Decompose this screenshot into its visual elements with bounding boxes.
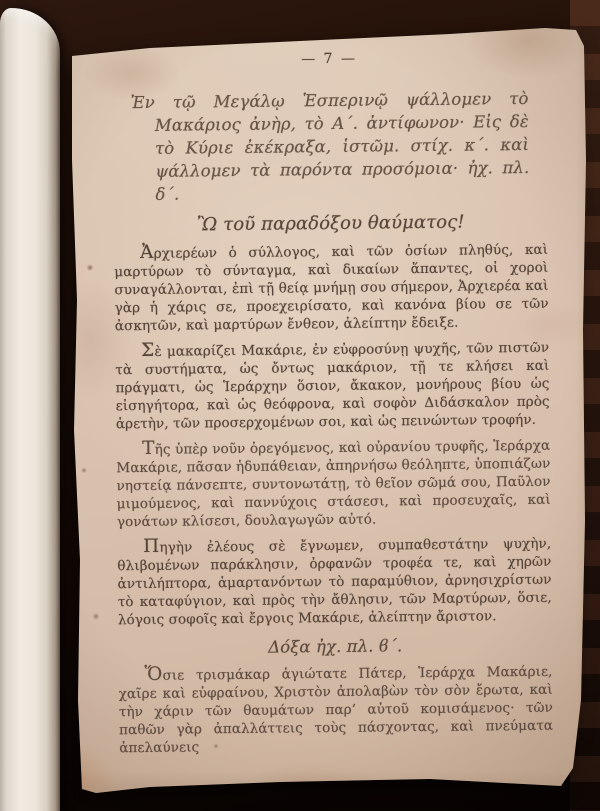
book-page: — 7 — Ἐν τῷ Μεγάλῳ Ἑσπερινῷ ψάλλομεν τὸ … — [0, 0, 600, 811]
doxastikon-paragraph: Ὅσιε τρισμάκαρ ἁγιώτατε Πάτερ, Ἱεράρχα Μ… — [118, 662, 553, 758]
sticheron-paragraph-3: Τῆς ὑπὲρ νοῦν ὀρεγόμενος, καὶ οὐρανίου τ… — [116, 436, 551, 532]
rubric-text: Ἐν τῷ Μεγάλῳ Ἑσπερινῷ ψάλλομεν τὸ Μακάρι… — [130, 87, 529, 206]
book-photo: — 7 — Ἐν τῷ Μεγάλῳ Ἑσπερινῷ ψάλλομεν τὸ … — [0, 0, 600, 811]
page-number: — 7 — — [112, 48, 546, 71]
doxa-mode-line: Δόξα ἠχ. πλ. ϐ΄. — [118, 634, 552, 660]
hymn-heading: Ὢ τοῦ παραδόξου θαύματος! — [114, 211, 548, 238]
sticheron-paragraph-1: Ἀρχιερέων ὁ σύλλογος, καὶ τῶν ὁσίων πληθ… — [114, 240, 549, 336]
sticheron-paragraph-4: Πηγὴν ἐλέους σὲ ἔγνωμεν, συμπαθεστάτην ψ… — [117, 534, 552, 630]
page-text-column: — 7 — Ἐν τῷ Μεγάλῳ Ἑσπερινῷ ψάλλομεν τὸ … — [112, 48, 553, 758]
sticheron-paragraph-2: Σὲ μακαρίζει Μακάριε, ἐν εὐφροσύνῃ ψυχῆς… — [115, 338, 550, 434]
